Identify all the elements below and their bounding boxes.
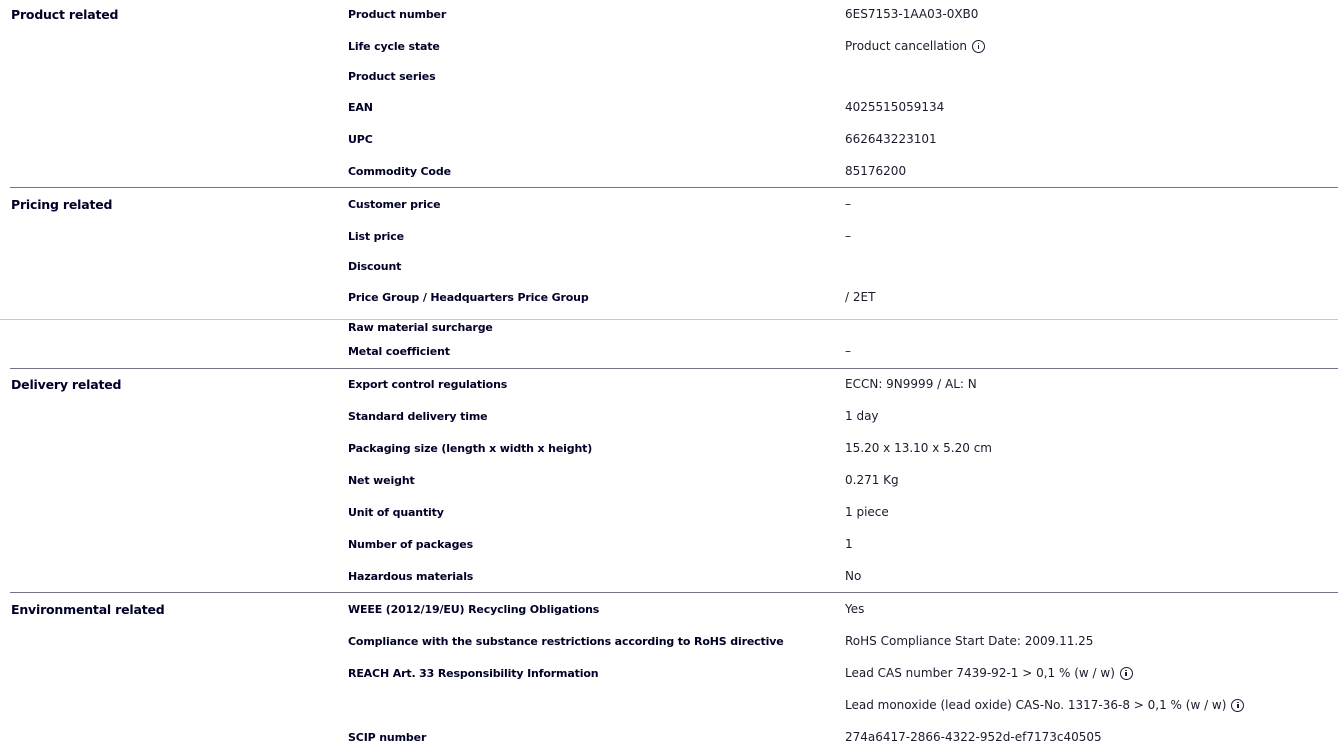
row-value: 6ES7153-1AA03-0XB0 (845, 7, 978, 21)
row-label: Metal coefficient (348, 345, 450, 358)
table-row-export-control: Export control regulations ECCN: 9N9999 … (0, 377, 1338, 397)
row-label: Net weight (348, 474, 415, 487)
value-text: ECCN: 9N9999 / AL: N (845, 377, 977, 391)
row-label: Customer price (348, 198, 440, 211)
value-text: Lead monoxide (lead oxide) CAS-No. 1317-… (845, 698, 1226, 712)
info-icon[interactable] (1231, 699, 1244, 712)
row-label: Number of packages (348, 538, 473, 551)
value-text: – (845, 344, 851, 358)
table-row-reach-lead-monoxide: Lead monoxide (lead oxide) CAS-No. 1317-… (0, 698, 1338, 718)
table-row-unit-of-quantity: Unit of quantity 1 piece (0, 505, 1338, 525)
table-row-hazardous-materials: Hazardous materials No (0, 569, 1338, 589)
table-row-metal-coefficient: Metal coefficient – (0, 344, 1338, 364)
value-text: No (845, 569, 861, 583)
row-value: 274a6417-2866-4322-952d-ef7173c40505 (845, 730, 1102, 744)
value-text: 85176200 (845, 164, 906, 178)
table-row-reach: REACH Art. 33 Responsibility Information… (0, 666, 1338, 686)
value-text: 6ES7153-1AA03-0XB0 (845, 7, 978, 21)
table-row-net-weight: Net weight 0.271 Kg (0, 473, 1338, 493)
row-value: Yes (845, 602, 864, 616)
row-value: Lead CAS number 7439-92-1 > 0,1 % (w / w… (845, 666, 1133, 680)
row-label: Product series (348, 70, 435, 83)
table-row-ean: EAN 4025515059134 (0, 100, 1338, 120)
table-row-price-group: Price Group / Headquarters Price Group /… (0, 290, 1338, 310)
section-divider (10, 368, 1338, 369)
row-label: Unit of quantity (348, 506, 444, 519)
value-text: Yes (845, 602, 864, 616)
row-value: No (845, 569, 861, 583)
row-value: RoHS Compliance Start Date: 2009.11.25 (845, 634, 1093, 648)
row-label: Packaging size (length x width x height) (348, 442, 592, 455)
table-row-weee: WEEE (2012/19/EU) Recycling Obligations … (0, 602, 1338, 622)
row-value: 85176200 (845, 164, 906, 178)
value-text: – (845, 197, 851, 211)
row-label: Discount (348, 260, 401, 273)
row-value: – (845, 229, 851, 243)
value-text: / 2ET (845, 290, 875, 304)
table-row-life-cycle-state: Life cycle state Product cancellation (0, 39, 1338, 59)
table-row-product-series: Product series (0, 69, 1338, 89)
row-value: 1 (845, 537, 853, 551)
row-value: – (845, 344, 851, 358)
value-text: 0.271 Kg (845, 473, 899, 487)
row-label: REACH Art. 33 Responsibility Information (348, 667, 598, 680)
section-divider (10, 187, 1338, 188)
row-value: 0.271 Kg (845, 473, 899, 487)
row-value: 662643223101 (845, 132, 937, 146)
value-text: 15.20 x 13.10 x 5.20 cm (845, 441, 992, 455)
table-row-delivery-time: Standard delivery time 1 day (0, 409, 1338, 429)
row-label: Commodity Code (348, 165, 451, 178)
row-value: ECCN: 9N9999 / AL: N (845, 377, 977, 391)
table-row-upc: UPC 662643223101 (0, 132, 1338, 152)
value-text: 1 piece (845, 505, 889, 519)
row-label: Raw material surcharge (348, 321, 493, 334)
row-label: EAN (348, 101, 373, 114)
row-label: Compliance with the substance restrictio… (348, 635, 784, 648)
section-divider (10, 592, 1338, 593)
row-value: Lead monoxide (lead oxide) CAS-No. 1317-… (845, 698, 1244, 712)
info-icon[interactable] (1120, 667, 1133, 680)
row-value: – (845, 197, 851, 211)
row-value: Product cancellation (845, 39, 985, 53)
row-label: Life cycle state (348, 40, 440, 53)
row-label: WEEE (2012/19/EU) Recycling Obligations (348, 603, 599, 616)
table-row-customer-price: Customer price – (0, 197, 1338, 217)
value-text: Product cancellation (845, 39, 967, 53)
table-row-packaging-size: Packaging size (length x width x height)… (0, 441, 1338, 461)
row-label: Standard delivery time (348, 410, 487, 423)
row-value: 4025515059134 (845, 100, 944, 114)
table-row-discount: Discount (0, 259, 1338, 279)
table-row-rohs: Compliance with the substance restrictio… (0, 634, 1338, 654)
row-value: / 2ET (845, 290, 875, 304)
value-text: 1 day (845, 409, 879, 423)
row-label: Product number (348, 8, 446, 21)
value-text: – (845, 229, 851, 243)
row-label: SCIP number (348, 731, 426, 744)
table-row-scip-number: SCIP number 274a6417-2866-4322-952d-ef71… (0, 730, 1338, 750)
value-text: Lead CAS number 7439-92-1 > 0,1 % (w / w… (845, 666, 1115, 680)
value-text: 1 (845, 537, 853, 551)
row-label: Hazardous materials (348, 570, 473, 583)
table-row-number-of-packages: Number of packages 1 (0, 537, 1338, 557)
table-row-product-number: Product number 6ES7153-1AA03-0XB0 (0, 7, 1338, 27)
row-label: UPC (348, 133, 373, 146)
row-value: 1 day (845, 409, 879, 423)
row-value: 1 piece (845, 505, 889, 519)
value-text: 274a6417-2866-4322-952d-ef7173c40505 (845, 730, 1102, 744)
table-row-raw-material-surcharge: Raw material surcharge (0, 320, 1338, 340)
row-value: 15.20 x 13.10 x 5.20 cm (845, 441, 992, 455)
value-text: 662643223101 (845, 132, 937, 146)
table-row-commodity-code: Commodity Code 85176200 (0, 164, 1338, 184)
table-row-list-price: List price – (0, 229, 1338, 249)
row-label: Price Group / Headquarters Price Group (348, 291, 589, 304)
row-label: Export control regulations (348, 378, 507, 391)
info-icon[interactable] (972, 40, 985, 53)
value-text: RoHS Compliance Start Date: 2009.11.25 (845, 634, 1093, 648)
value-text: 4025515059134 (845, 100, 944, 114)
row-label: List price (348, 230, 404, 243)
